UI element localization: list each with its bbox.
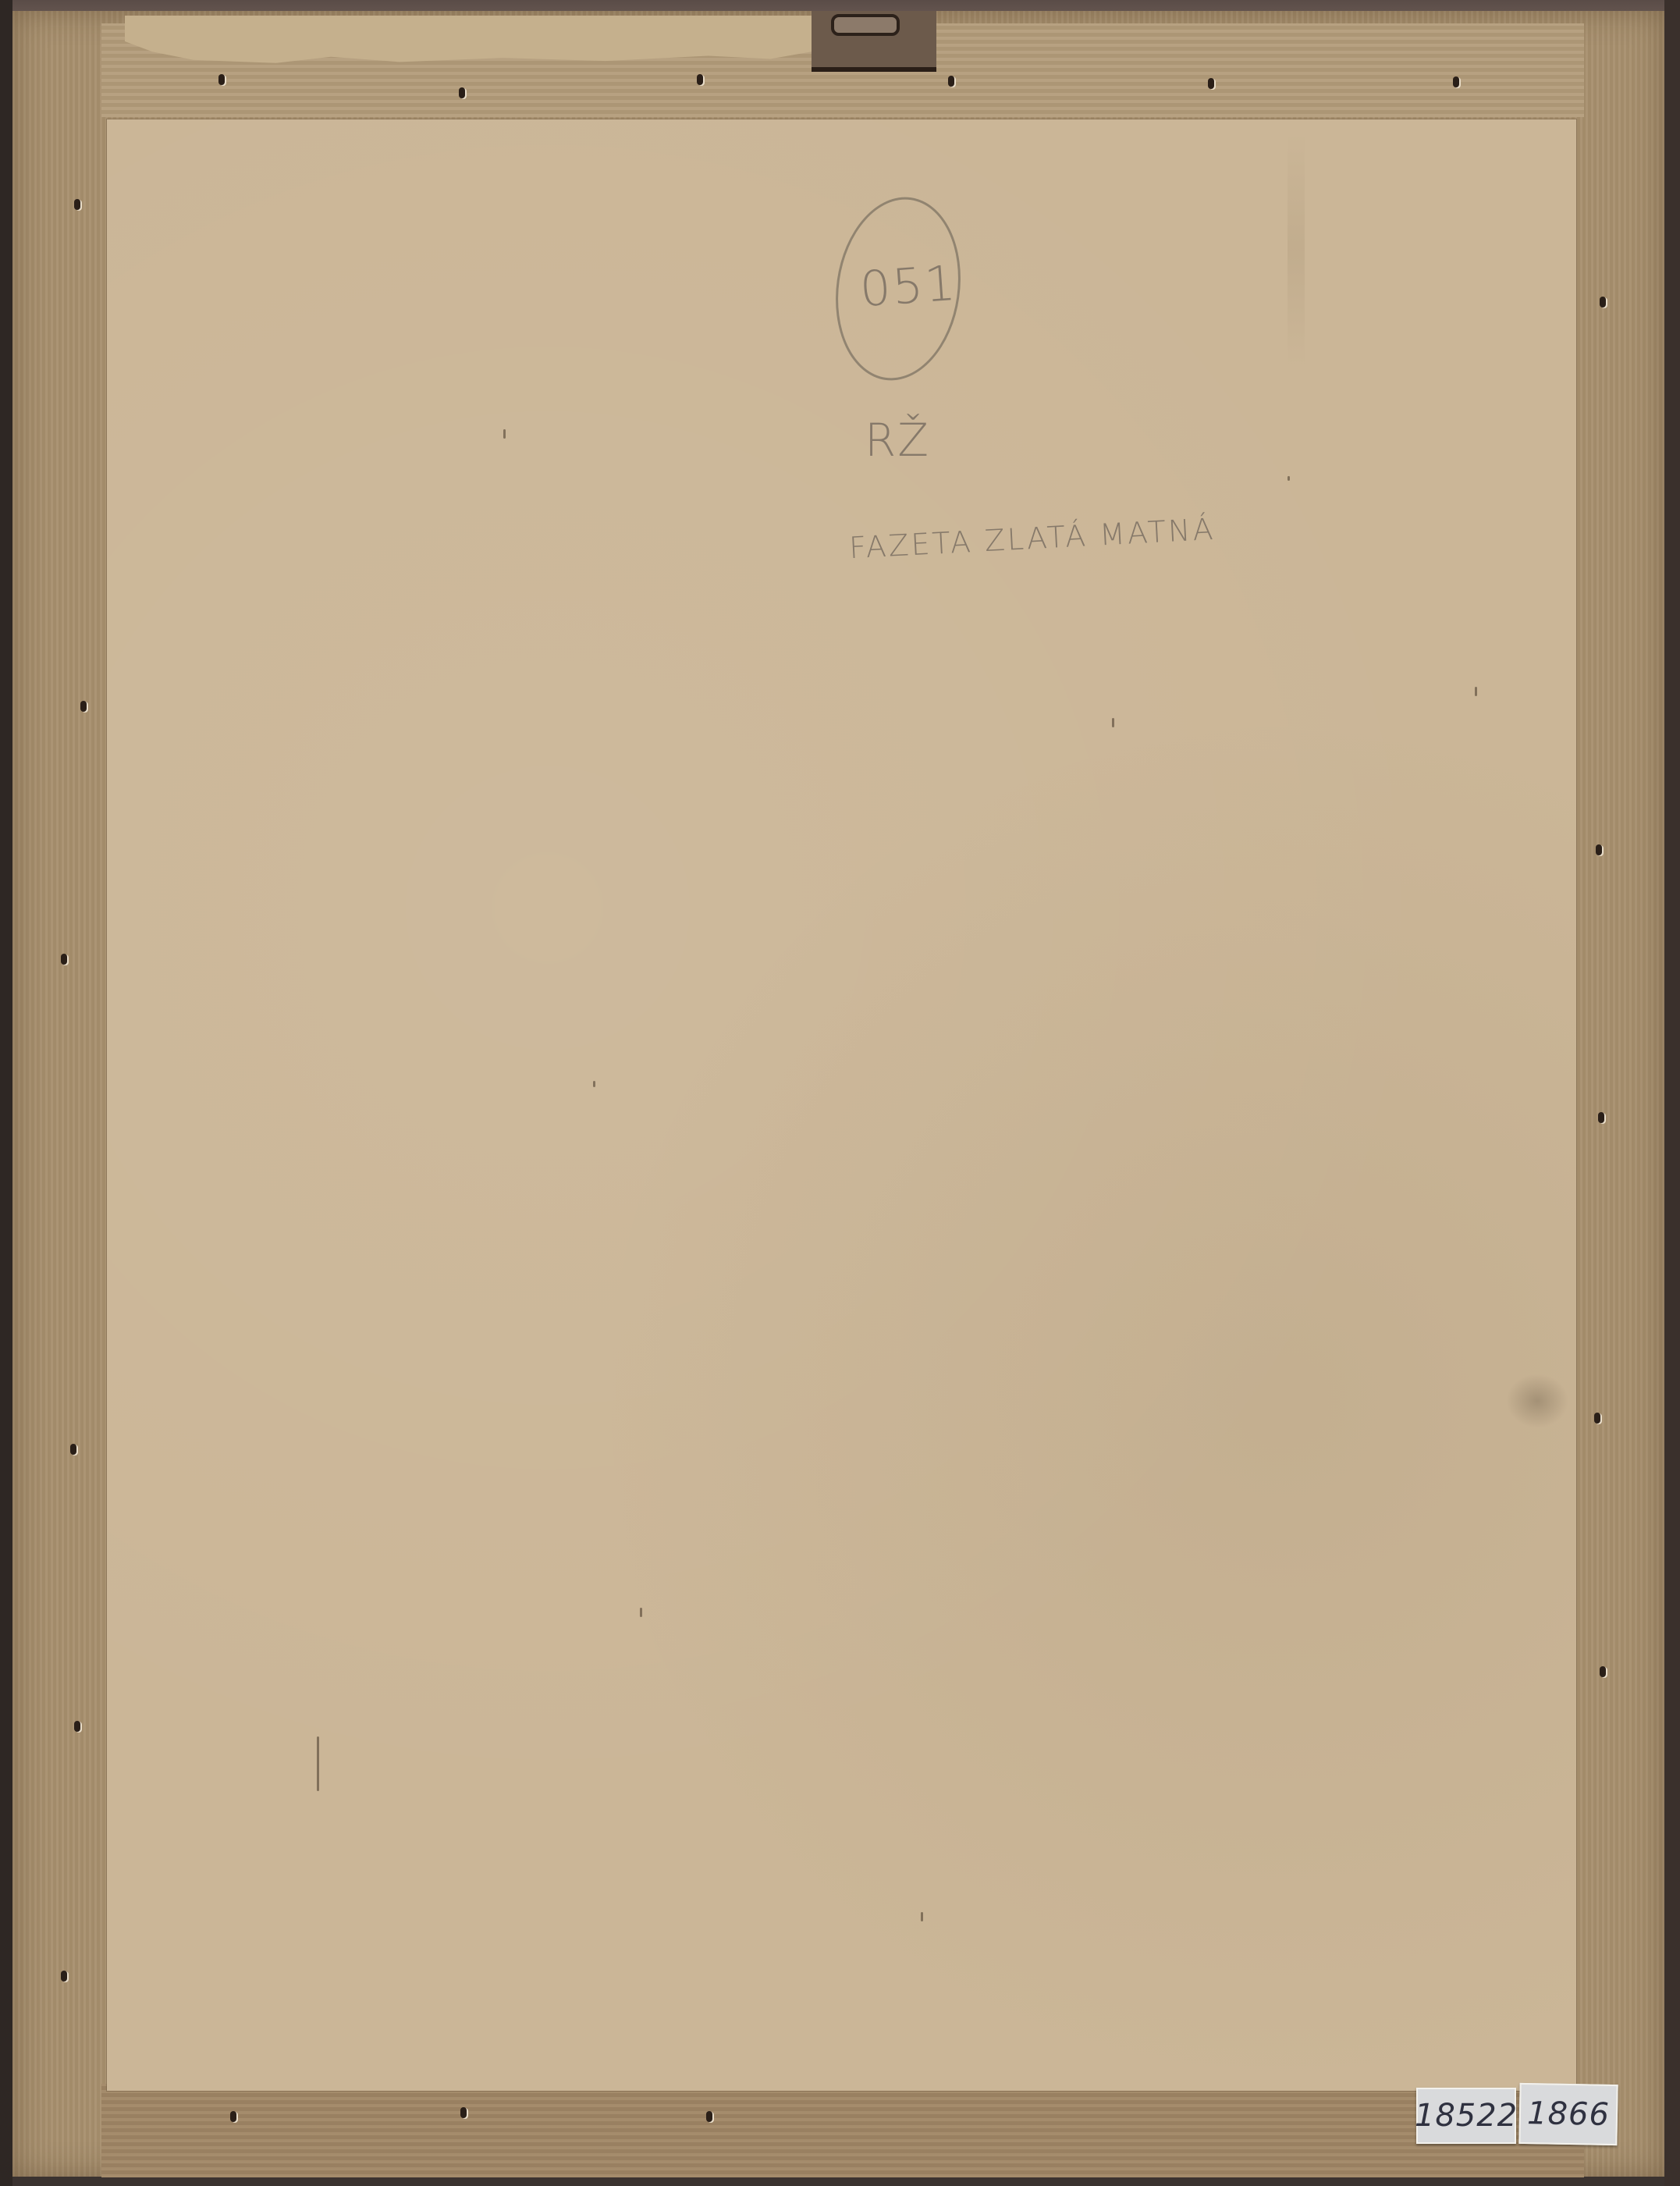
inventory-number: 18522 bbox=[1415, 2098, 1518, 2134]
staple-icon bbox=[697, 74, 703, 85]
fiber-speck bbox=[1475, 687, 1477, 696]
initials: RŽ bbox=[865, 414, 930, 467]
fiber-speck bbox=[921, 1912, 923, 1921]
staple-icon bbox=[1600, 1666, 1606, 1677]
pencil-stroke bbox=[317, 1736, 319, 1791]
staple-icon bbox=[74, 1721, 80, 1732]
staple-icon bbox=[459, 87, 465, 98]
staple-icon bbox=[1598, 1112, 1604, 1123]
staple-icon bbox=[1596, 844, 1602, 855]
pencil-streak bbox=[1288, 133, 1305, 367]
fiber-speck bbox=[1112, 718, 1114, 727]
frame-edge-right bbox=[1664, 0, 1680, 2186]
staple-icon bbox=[1453, 76, 1459, 87]
fiber-speck bbox=[1288, 476, 1290, 481]
staple-icon bbox=[61, 954, 67, 965]
staple-icon bbox=[70, 1444, 76, 1455]
staple-icon bbox=[948, 76, 954, 87]
kraft-tape-bottom bbox=[101, 2084, 1584, 2177]
staple-icon bbox=[1594, 1413, 1600, 1424]
catalog-number: 1866 bbox=[1527, 2095, 1611, 2133]
smudge bbox=[1506, 1374, 1568, 1428]
inventory-label: 18522 bbox=[1416, 2088, 1516, 2144]
staple-icon bbox=[1208, 78, 1214, 89]
hanger-slot bbox=[831, 14, 900, 36]
catalog-label: 1866 bbox=[1518, 2083, 1618, 2145]
staple-icon bbox=[230, 2111, 236, 2122]
circled-code: 051 bbox=[858, 254, 959, 318]
staple-icon bbox=[218, 74, 225, 85]
artwork-back-photo: 051 RŽ FAZETA ZLATÁ MATNÁ 18522 1866 bbox=[0, 0, 1680, 2186]
staple-icon bbox=[706, 2111, 712, 2122]
staple-icon bbox=[460, 2107, 467, 2118]
fiber-speck bbox=[503, 429, 506, 439]
staple-icon bbox=[61, 1971, 67, 1982]
frame-edge-left bbox=[0, 0, 12, 2186]
staple-icon bbox=[80, 701, 87, 712]
staple-icon bbox=[74, 199, 80, 210]
backing-board bbox=[107, 119, 1576, 2091]
fiber-speck bbox=[593, 1081, 595, 1087]
staple-icon bbox=[1600, 297, 1606, 307]
fiber-speck bbox=[640, 1608, 642, 1617]
